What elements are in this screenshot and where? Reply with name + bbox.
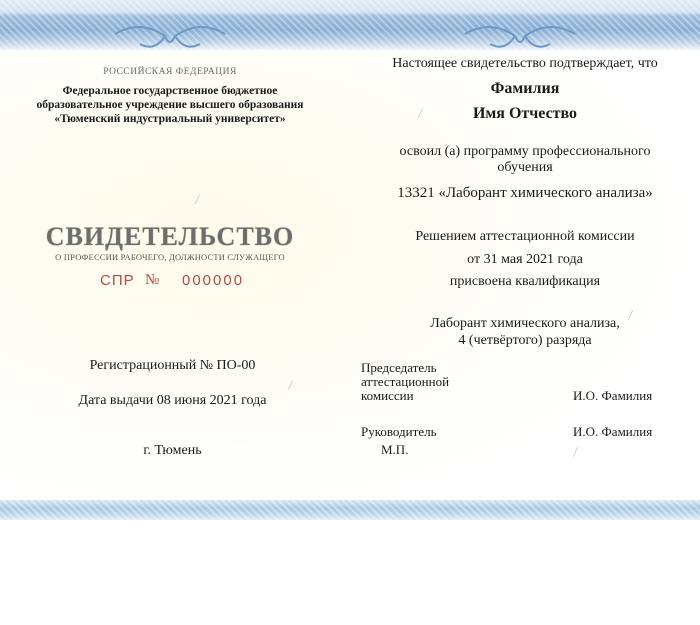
registration-number: Регистрационный № ПО-00 [0,358,345,374]
head-label: Руководитель [361,425,437,439]
intro-text: Настоящее свидетельство подтверждает, чт… [350,56,700,72]
institution-line: Федеральное государственное бюджетное [0,84,340,98]
qualification-grade: 4 (четвёртого) разряда [350,333,700,349]
chair-label-line: комиссии [361,389,449,403]
institution-line: «Тюменский индустриальный университет» [0,112,340,126]
ornament-icon [460,14,580,56]
serial-prefix: СПР [100,272,135,289]
mastered-text-line1: освоил (а) программу профессионального [350,144,700,160]
program-name: 13321 «Лаборант химического анализа» [350,185,700,202]
city: г. Тюмень [0,443,345,459]
decision-line1: Решением аттестационной комиссии [350,229,700,245]
serial-number: 000000 [182,272,244,289]
chair-label-line: Председатель [361,361,449,375]
chair-signature-name: И.О. Фамилия [573,389,652,403]
mastered-text-line2: обучения [350,160,700,176]
chair-label: Председатель аттестационной комиссии [361,361,449,403]
country-label: РОССИЙСКАЯ ФЕДЕРАЦИЯ [0,67,340,77]
institution-line: образовательное учреждение высшего образ… [0,98,340,112]
certificate-title: СВИДЕТЕЛЬСТВО [0,222,340,252]
head-signature-name: И.О. Фамилия [573,425,652,439]
decorative-bottom-band [0,500,700,520]
stamp-place: М.П. [381,443,408,457]
decision-line3: присвоена квалификация [350,274,700,290]
decision-date: от 31 мая 2021 года [350,252,700,268]
holder-surname: Фамилия [350,80,700,98]
holder-name-patronymic: Имя Отчество [350,105,700,123]
certificate-document: РОССИЙСКАЯ ФЕДЕРАЦИЯ Федеральное государ… [0,0,700,520]
decorative-top-band [0,0,700,50]
certificate-subtitle: О ПРОФЕССИИ РАБОЧЕГО, ДОЛЖНОСТИ СЛУЖАЩЕГ… [0,252,340,262]
chair-label-line: аттестационной [361,375,449,389]
qualification-line1: Лаборант химического анализа, [350,316,700,332]
serial-sign: № [145,272,160,289]
institution-name: Федеральное государственное бюджетное об… [0,84,340,126]
ornament-icon [110,14,230,56]
issue-date: Дата выдачи 08 июня 2021 года [0,393,345,409]
